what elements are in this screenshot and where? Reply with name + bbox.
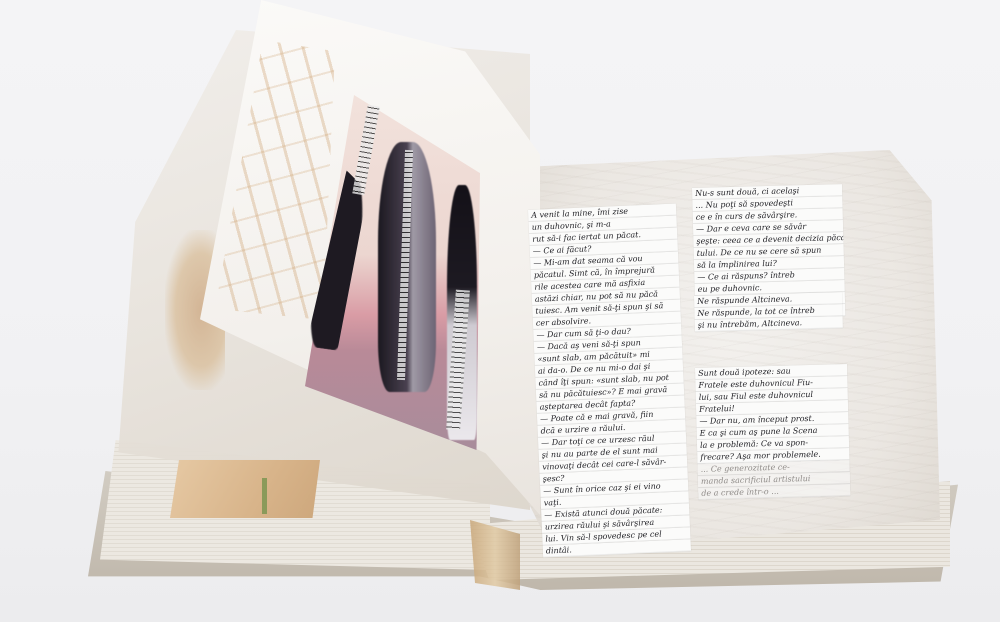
photo-scene: A venit la mine, îmi zise un duhovnic, ş… bbox=[0, 0, 1000, 622]
text-column-right-middle: Ne răspunde Altcineva. Ne răspunde, la t… bbox=[694, 292, 843, 332]
green-stem-detail bbox=[262, 478, 267, 514]
lower-collage-fragment bbox=[170, 460, 320, 518]
text-column-right-bottom: Sunt două ipoteze: sau Fratele este duho… bbox=[695, 364, 850, 500]
text-column-left: A venit la mine, îmi zise un duhovnic, ş… bbox=[528, 204, 691, 558]
